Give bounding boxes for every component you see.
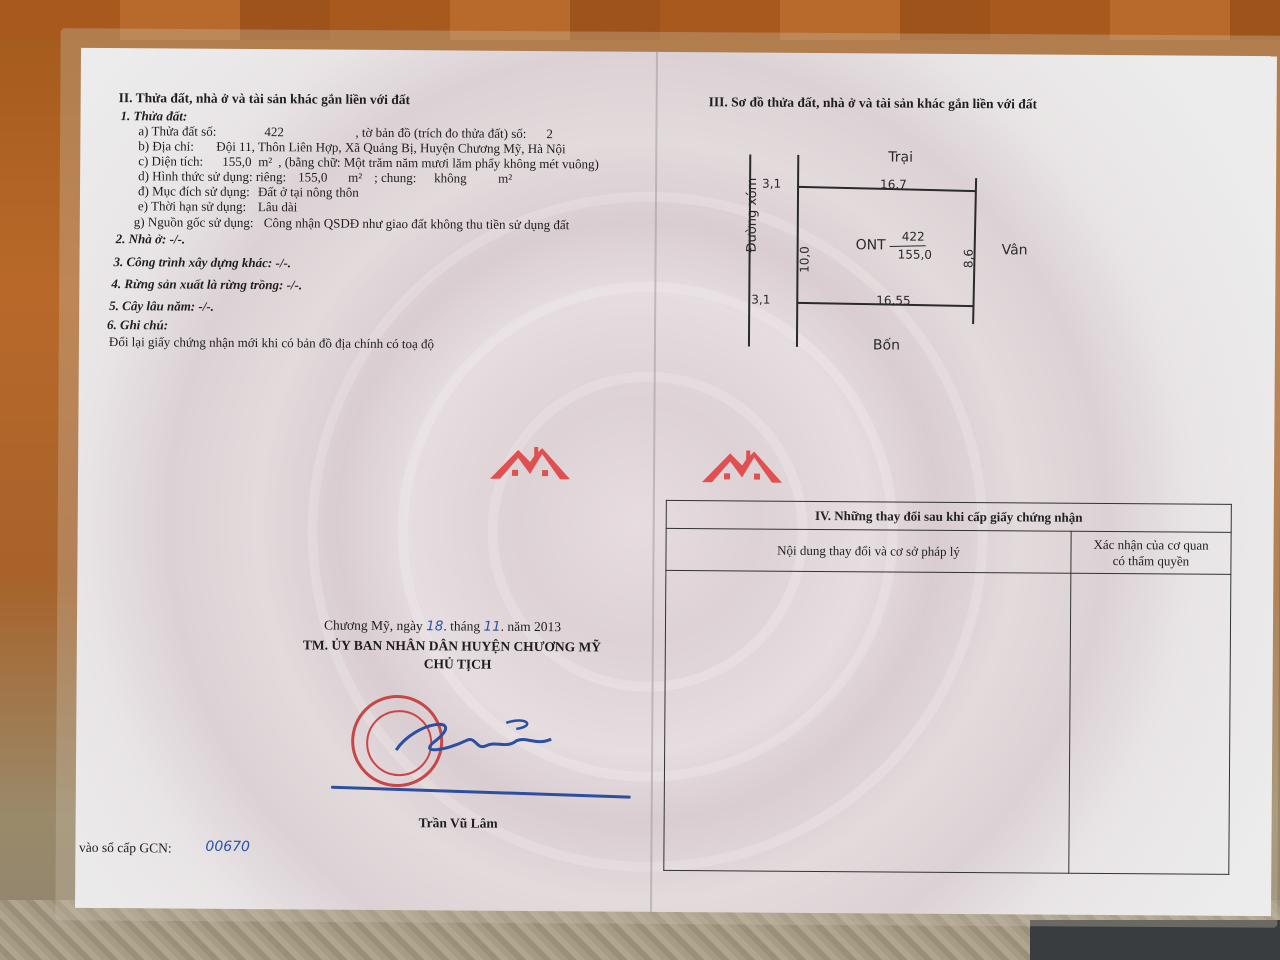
date-day: 18 — [426, 618, 443, 634]
east-neighbor: Vân — [1002, 242, 1028, 258]
issue-date: Chương Mỹ, ngày 18. tháng 11. năm 2013 — [324, 618, 561, 636]
confirmation-line-1: Xác nhận của cơ quan — [1072, 536, 1231, 553]
origin-label: g) Nguồn gốc sử dụng: — [134, 214, 254, 231]
changes-col-confirmation: Xác nhận của cơ quan có thẩm quyền — [1071, 531, 1231, 574]
house-roof-logo-icon — [702, 449, 782, 486]
perennial-item: 5. Cây lâu năm: -/-. — [109, 298, 214, 315]
area-value: 155,0 — [222, 154, 251, 170]
signature — [376, 710, 576, 771]
shared-area-unit: m² — [498, 171, 512, 187]
house-item: 2. Nhà ở: -/-. — [116, 231, 186, 247]
parcel-number: 422 — [264, 124, 284, 140]
changes-col-content: Nội dung thay đổi và cơ sở pháp lý — [666, 528, 1071, 573]
west-road: Đường xóm — [745, 178, 761, 253]
map-sheet-number: 2 — [546, 126, 553, 142]
road-width-bottom: 3,1 — [751, 293, 770, 307]
private-area-unit: m² — [348, 170, 362, 186]
shared-label: ; chung: — [374, 170, 416, 186]
origin-value: Công nhận QSDĐ như giao đất không thu ti… — [264, 215, 570, 233]
private-area: 155,0 — [298, 169, 327, 185]
top-edge-length: 16,7 — [880, 177, 907, 191]
registry-number: 00670 — [205, 839, 250, 855]
section-iii-title: III. Sơ đồ thửa đất, nhà ở và tài sản kh… — [709, 94, 1037, 112]
registry-label: Số vào sổ cấp GCN: — [75, 840, 172, 857]
term-label: e) Thời hạn sử dụng: — [138, 198, 246, 215]
forest-item: 4. Rừng sản xuất là rừng trồng: -/-. — [111, 276, 302, 293]
signer-name: Trần Vũ Lâm — [419, 815, 498, 832]
diagram-parcel-area: 155,0 — [898, 248, 932, 262]
date-month: 11 — [483, 619, 500, 635]
diagram-parcel-number: 422 — [902, 230, 925, 244]
parcel-heading: 1. Thửa đất: — [120, 108, 187, 124]
changes-confirmation-cell — [1069, 573, 1231, 874]
south-neighbor: Bốn — [873, 337, 900, 353]
signer-title: CHỦ TỊCH — [424, 656, 492, 672]
changes-table: IV. Những thay đổi sau khi cấp giấy chứn… — [663, 500, 1232, 875]
area-unit: m² — [258, 154, 272, 170]
left-edge-length: 10,0 — [797, 246, 811, 273]
date-prefix: Chương Mỹ, ngày — [324, 618, 423, 634]
date-year: . năm 2013 — [501, 619, 561, 634]
right-edge-length: 8,6 — [962, 249, 976, 268]
shared-area: không — [434, 170, 467, 186]
changes-content-cell — [664, 570, 1071, 873]
parcel-a-label: a) Thửa đất số: — [138, 123, 216, 140]
confirmation-line-2: có thẩm quyền — [1071, 552, 1230, 569]
house-roof-logo-icon — [490, 446, 570, 483]
area-label: c) Diện tích: — [138, 153, 203, 169]
north-neighbor: Trại — [888, 149, 913, 165]
other-works-item: 3. Công trình xây dựng khác: -/-. — [113, 254, 291, 271]
land-use-certificate: II. Thửa đất, nhà ở và tài sản khác gắn … — [75, 48, 1277, 916]
note-heading: 6. Ghi chú: — [107, 317, 168, 333]
road-width-top: 3,1 — [762, 177, 781, 191]
address-label: b) Địa chỉ: — [138, 138, 194, 154]
issuing-authority: TM. ỦY BAN NHÂN DÂN HUYỆN CHƯƠNG MỸ — [303, 637, 601, 655]
note-text: Đổi lại giấy chứng nhận mới khi có bản đ… — [109, 334, 434, 352]
term-value: Lâu dài — [258, 199, 297, 215]
date-month-label: . tháng — [443, 618, 480, 633]
changes-table-title: IV. Những thay đổi sau khi cấp giấy chứn… — [666, 500, 1231, 532]
bottom-edge-length: 16,55 — [876, 293, 910, 307]
section-ii-title: II. Thửa đất, nhà ở và tài sản khác gắn … — [119, 90, 410, 108]
land-use-code: ONT — [856, 237, 886, 253]
